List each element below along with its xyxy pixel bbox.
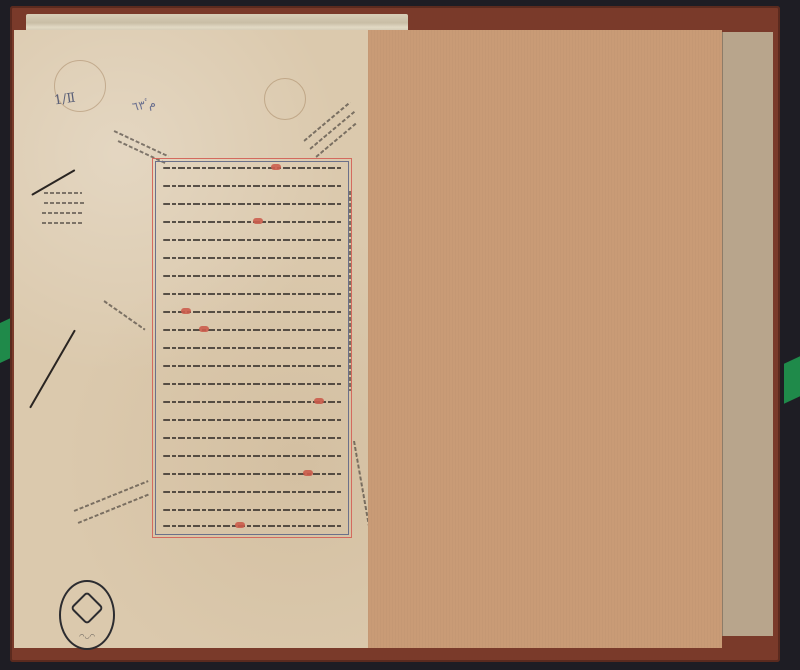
hamsa-icon <box>70 591 104 625</box>
text-line <box>163 383 343 385</box>
marginal-note <box>44 202 84 204</box>
marginal-note <box>42 212 84 214</box>
text-line <box>163 455 343 457</box>
marginal-note <box>74 480 149 512</box>
text-line <box>163 221 343 223</box>
pencil-reference: مٴ٦٣ <box>131 96 157 114</box>
marginal-note <box>42 222 82 224</box>
text-line <box>163 509 343 511</box>
signature-flourish <box>29 330 76 409</box>
text-line <box>163 275 343 277</box>
text-line <box>163 185 343 187</box>
seal-caption: ◠◡◠ <box>61 633 113 640</box>
marginal-note <box>103 300 145 330</box>
text-line <box>163 401 343 403</box>
text-line <box>163 203 343 205</box>
water-stain <box>264 78 306 120</box>
right-edge-strip <box>722 32 773 636</box>
text-line <box>163 347 343 349</box>
text-line <box>163 257 343 259</box>
right-pastedown <box>368 30 722 648</box>
text-line <box>163 293 343 295</box>
text-line <box>163 329 343 331</box>
text-line <box>163 239 343 241</box>
text-line <box>163 491 343 493</box>
folio-number: 1∕Ⅱ <box>53 91 76 109</box>
text-line <box>163 311 343 313</box>
marginal-note <box>78 494 149 524</box>
text-line <box>163 437 343 439</box>
text-line <box>163 365 343 367</box>
text-line <box>163 525 343 527</box>
background-green-strip <box>784 356 800 403</box>
text-line <box>163 167 343 169</box>
marginal-note <box>44 192 82 194</box>
ownership-seal: ◠◡◠ <box>59 580 115 650</box>
main-text-block <box>152 158 352 538</box>
text-line <box>163 419 343 421</box>
text-line <box>163 473 343 475</box>
